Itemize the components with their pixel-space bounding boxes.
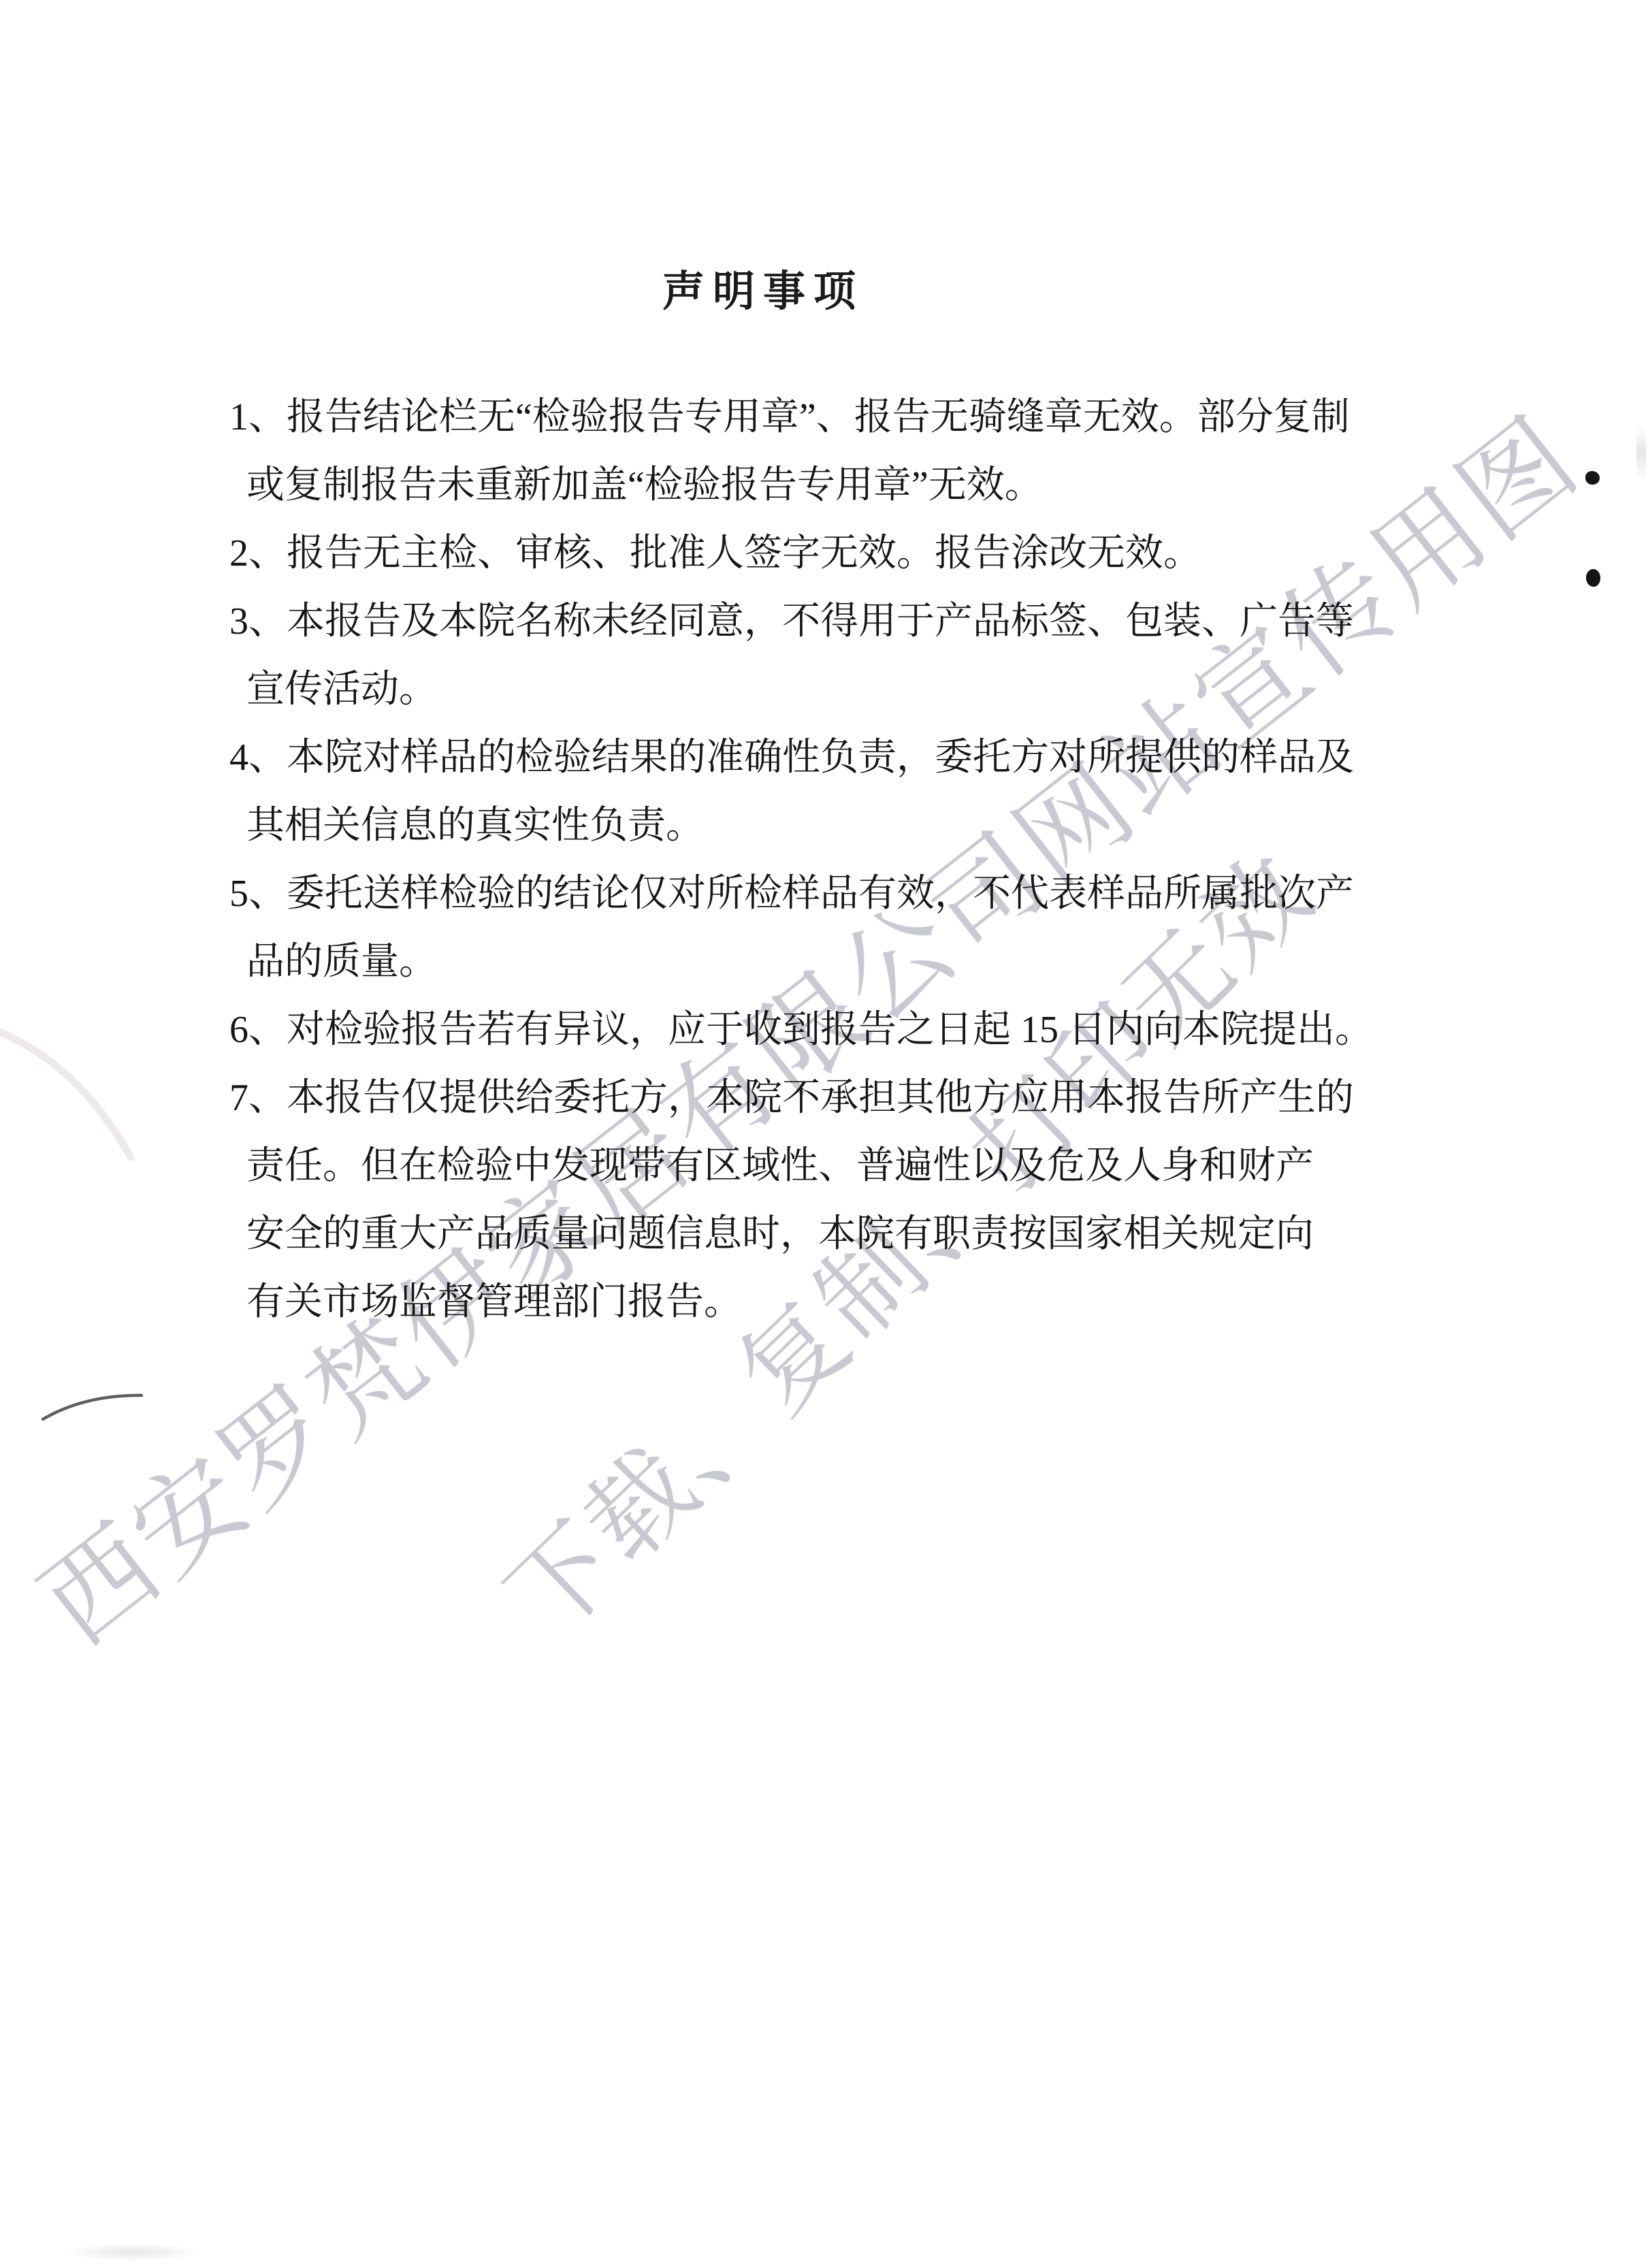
statement-item-2: 2、报告无主检、审核、批准人签字无效。报告涂改无效。 — [229, 519, 1489, 587]
statement-item-7: 7、本报告仅提供给委托方，本院不承担其他方应用本报告所产生的 责任。但在检验中发… — [229, 1064, 1489, 1336]
statement-list: 1、报告结论栏无“检验报告专用章”、报告无骑缝章无效。部分复制 或复制报告未重新… — [229, 383, 1489, 1336]
statement-item-4: 4、本院对样品的检验结果的准确性负责，委托方对所提供的样品及 其相关信息的真实性… — [229, 724, 1489, 860]
statement-item-5: 5、委托送样检验的结论仅对所检样品有效，不代表样品所属批次产 品的质量。 — [229, 860, 1489, 996]
ink-dot-artifact — [1585, 471, 1600, 485]
statement-item-1: 1、报告结论栏无“检验报告专用章”、报告无骑缝章无效。部分复制 或复制报告未重新… — [229, 383, 1489, 519]
statement-item-3: 3、本报告及本院名称未经同意，不得用于产品标签、包装、广告等 宣传活动。 — [229, 587, 1489, 724]
ink-dot-artifact — [1586, 569, 1600, 587]
statement-item-6: 6、对检验报告若有异议，应于收到报告之日起 15 日内向本院提出。 — [229, 996, 1489, 1064]
page-title: 声明事项 — [662, 257, 864, 318]
scan-streak-artifact — [1636, 425, 1646, 480]
scan-smudge-artifact — [65, 2243, 201, 2261]
scanned-report-page: 西安罗梵伊家居有限公司网站宣传用图 下载、复制、打印无效 声明事项 1、报告结论… — [0, 0, 1648, 2268]
